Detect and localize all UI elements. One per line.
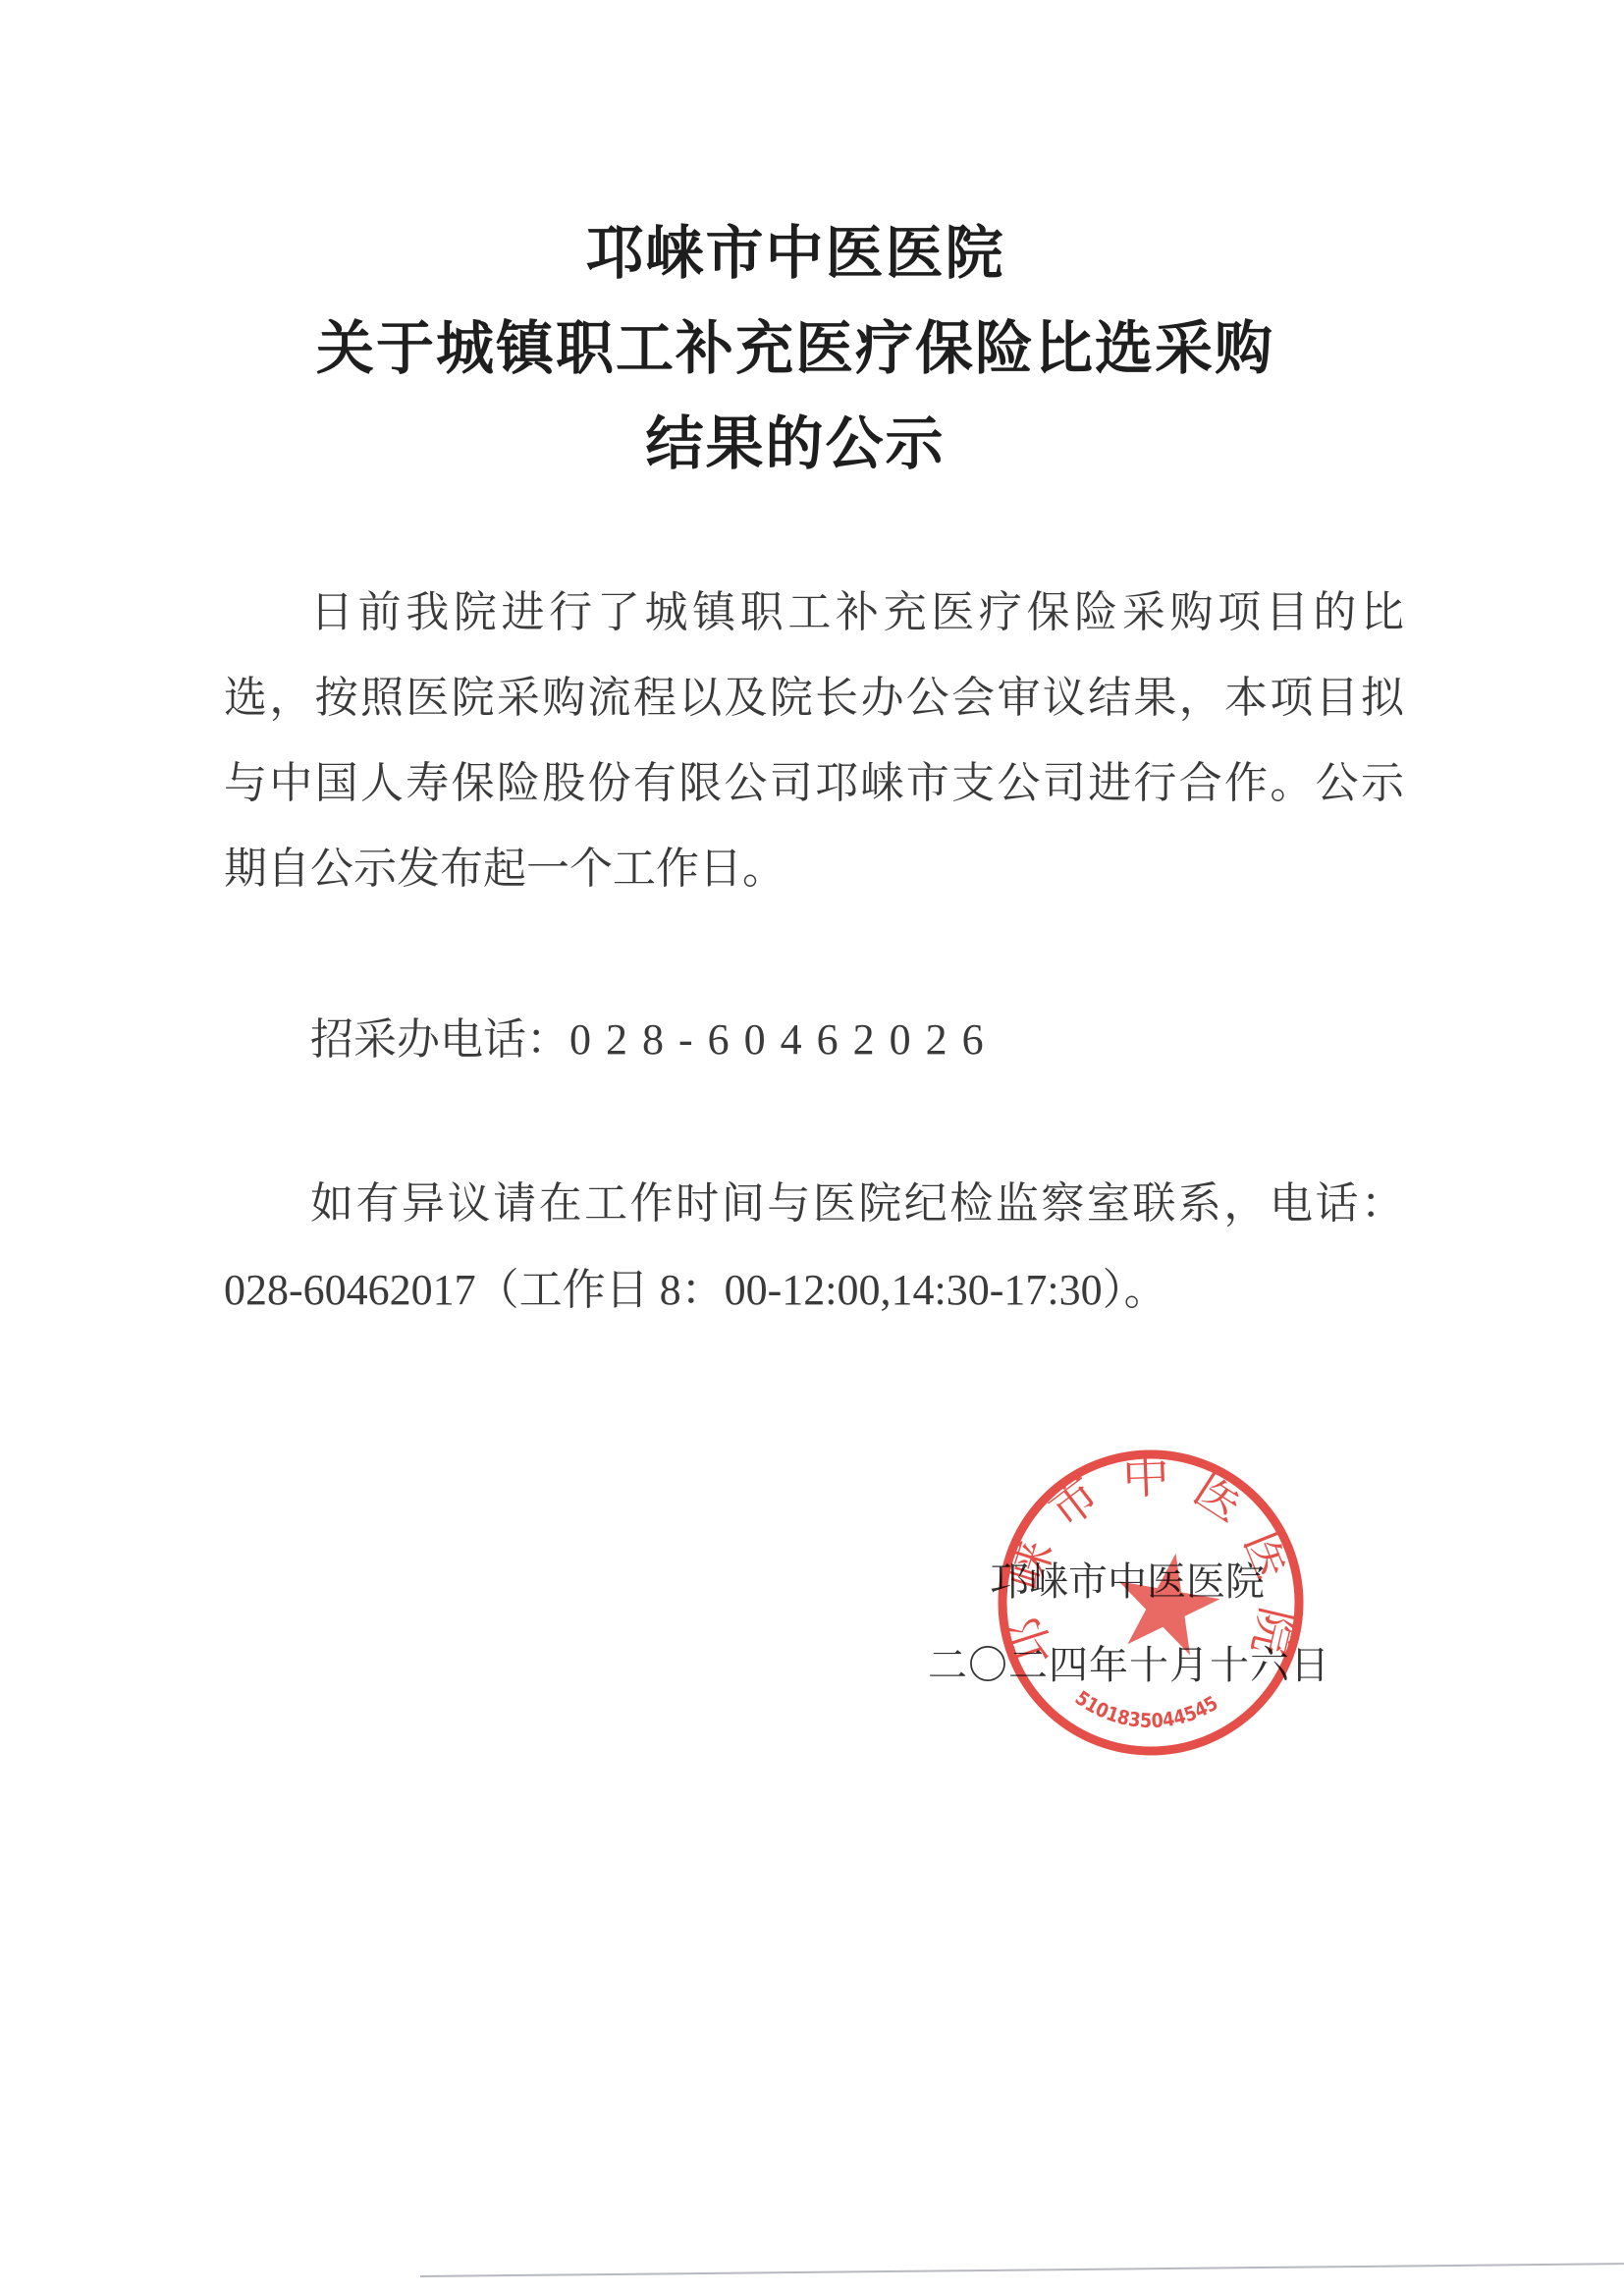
phone-label: 招采办电话：: [310, 1015, 569, 1064]
title-line-1: 邛崃市中医医院: [0, 206, 1591, 301]
seal-code-arc-text: 5101835044545: [1071, 1686, 1222, 1733]
paragraph-1: 日前我院进行了城镇职工补充医疗保险采购项目的比 选，按照医院采购流程以及院长办公…: [224, 570, 1404, 911]
procurement-phone-line: 招采办电话：028-60462026: [224, 997, 1404, 1082]
title-line-3: 结果的公示: [0, 397, 1591, 492]
paragraph-2-line-1: 如有异议请在工作时间与医院纪检监察室联系，电话：: [224, 1161, 1404, 1247]
scan-artifact-line: [420, 2263, 1624, 2277]
paragraph-2-line-2: 028-60462017（工作日 8：00-12:00,14:30-17:30）…: [224, 1247, 1404, 1334]
document-page: 邛崃市中医医院 关于城镇职工补充医疗保险比选采购 结果的公示 日前我院进行了城镇…: [0, 0, 1624, 2296]
paragraph-1-line-4: 期自公示发布起一个工作日。: [224, 826, 1404, 911]
paragraph-1-line-1: 日前我院进行了城镇职工补充医疗保险采购项目的比: [224, 570, 1404, 655]
document-title: 邛崃市中医医院 关于城镇职工补充医疗保险比选采购 结果的公示: [0, 206, 1591, 492]
phone-number: 028-60462026: [569, 1015, 999, 1064]
seal-star-icon: [1118, 1554, 1219, 1656]
paragraph-1-line-2: 选，按照医院采购流程以及院长办公会审议结果，本项目拟: [224, 655, 1404, 740]
title-line-2: 关于城镇职工补充医疗保险比选采购: [0, 301, 1591, 397]
paragraph-2: 如有异议请在工作时间与医院纪检监察室联系，电话： 028-60462017（工作…: [224, 1161, 1404, 1334]
seal-org-arc-text: 邛崃市中医医院: [1000, 1450, 1304, 1671]
procurement-phone-text: 招采办电话：028-60462026: [224, 997, 1404, 1082]
official-seal: 邛崃市中医医院 5101835044545: [988, 1436, 1318, 1775]
paragraph-1-line-3: 与中国人寿保险股份有限公司邛崃市支公司进行合作。公示: [224, 740, 1404, 826]
